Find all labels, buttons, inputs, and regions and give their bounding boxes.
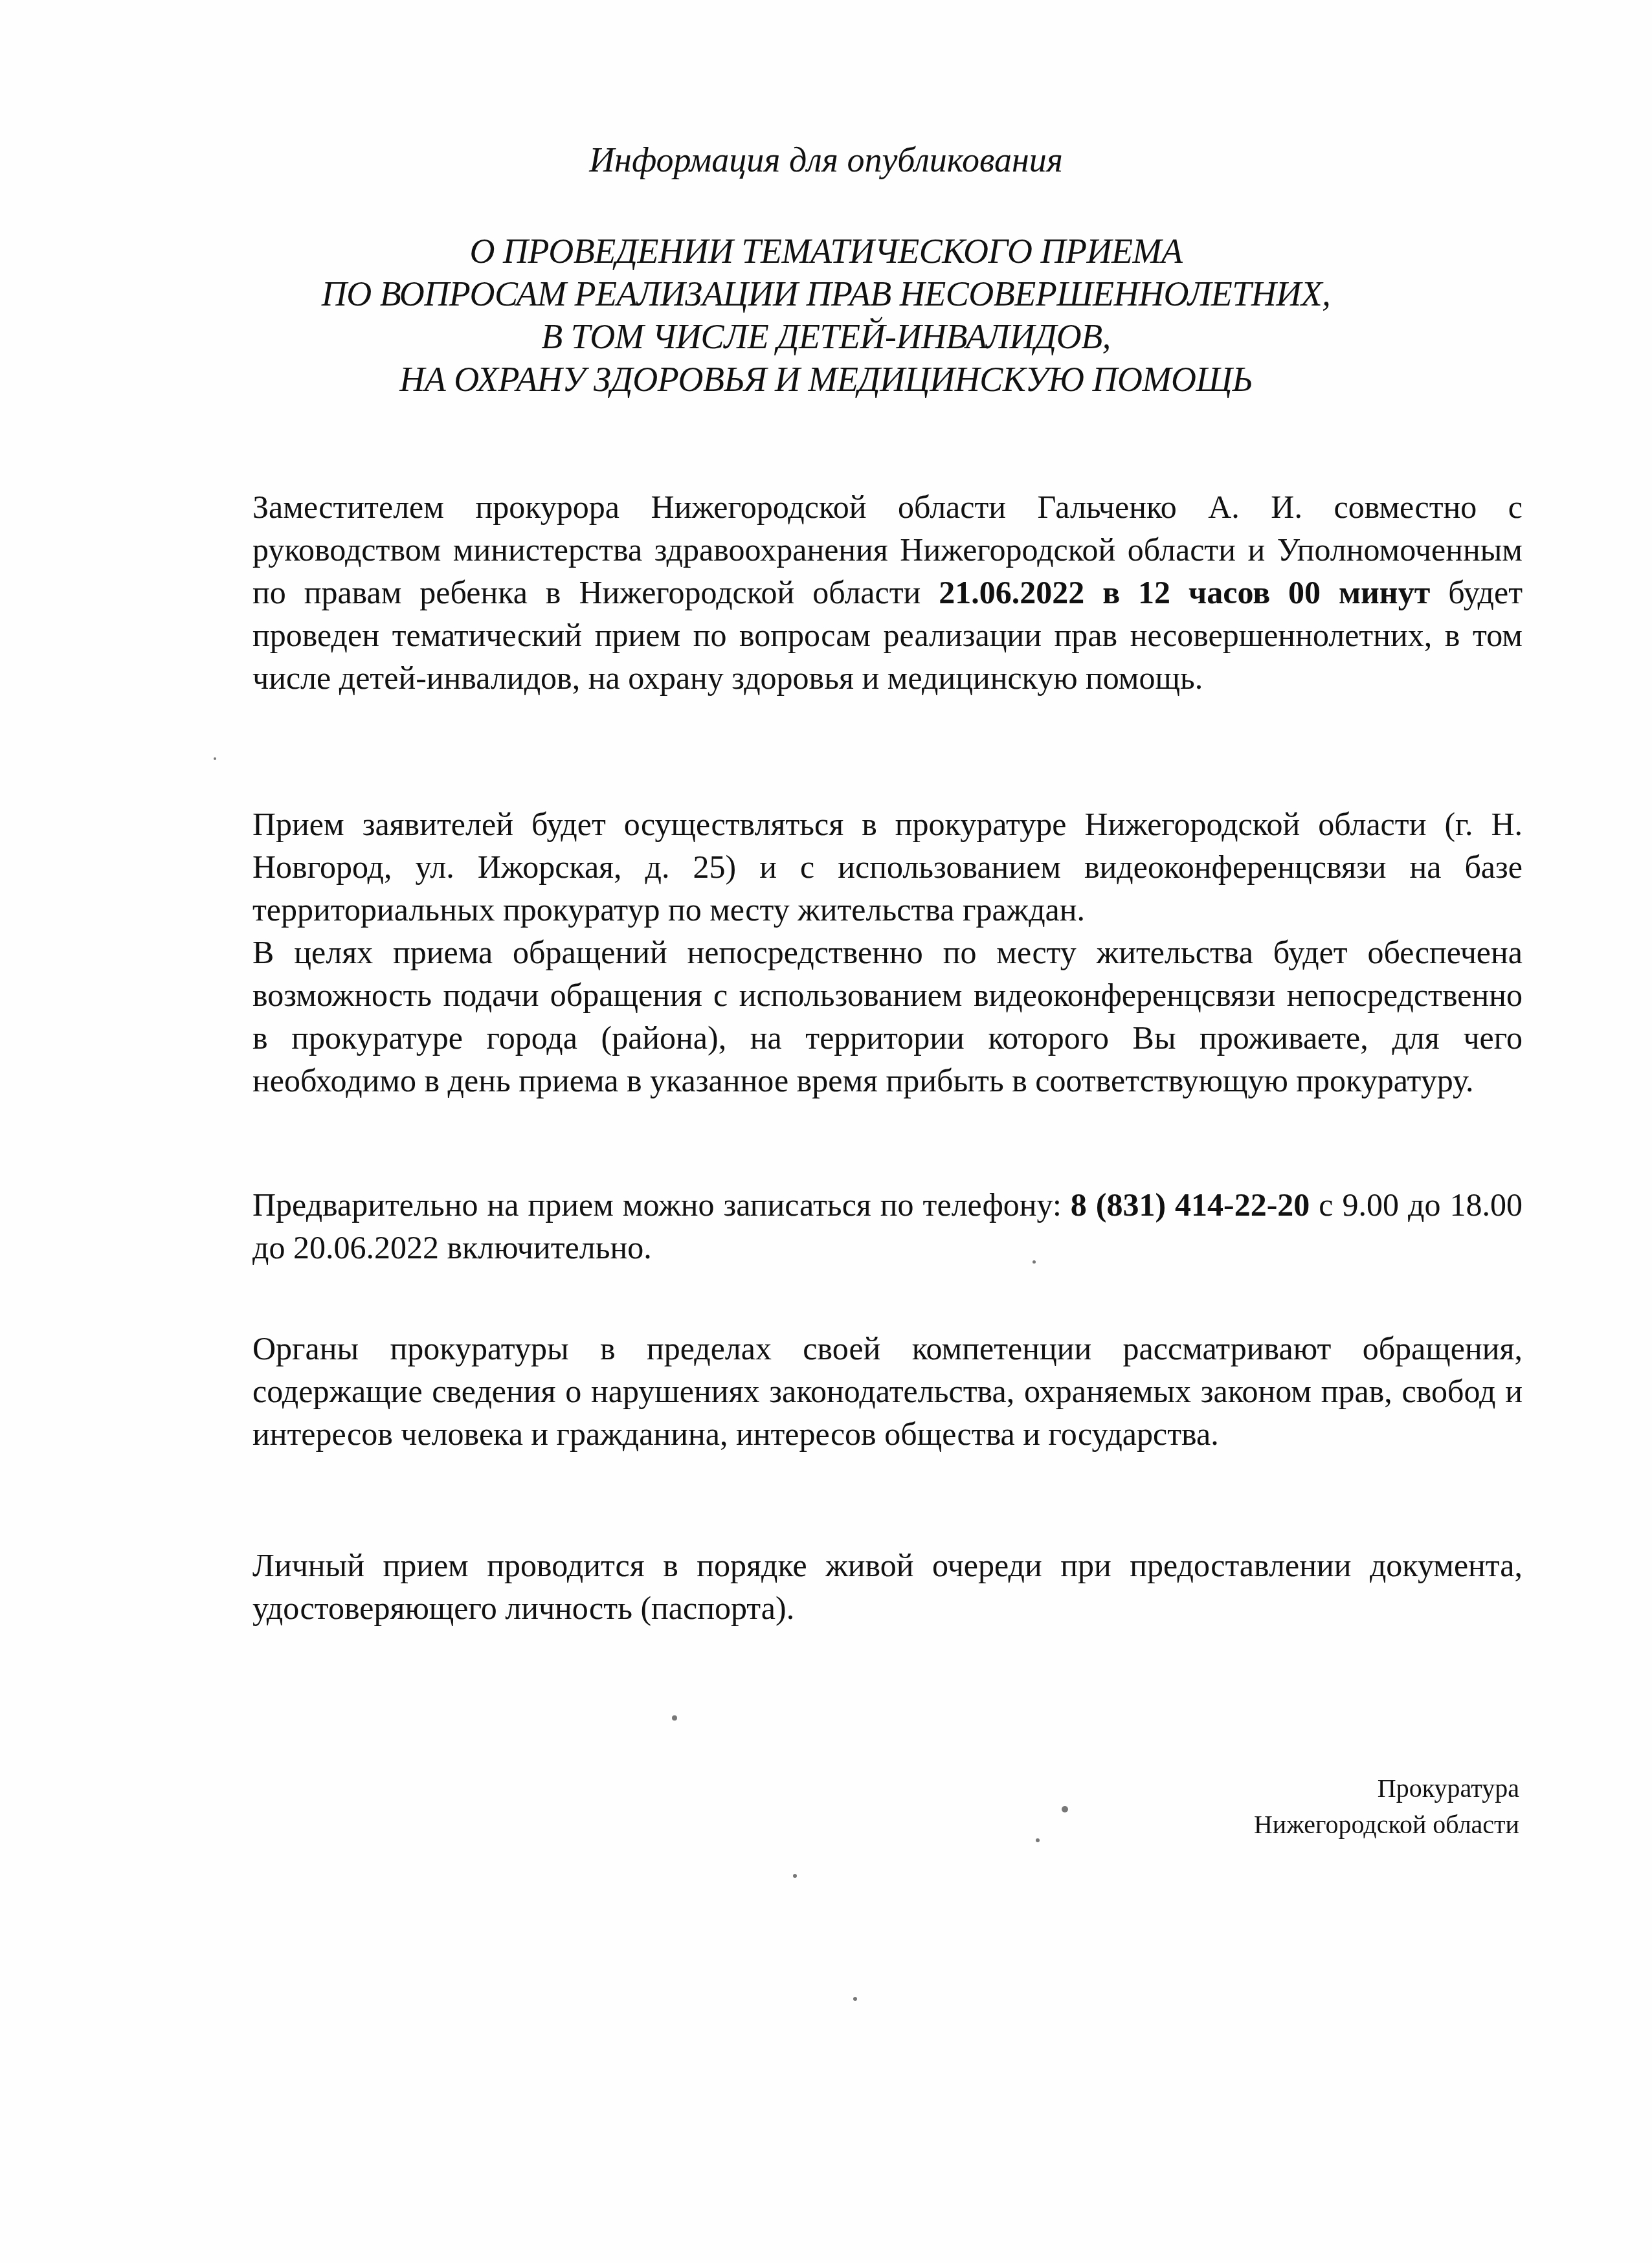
scan-speck [672, 1715, 677, 1721]
signature-block: Прокуратура Нижегородской области [1254, 1770, 1519, 1843]
scan-speck [1062, 1806, 1068, 1812]
location-text: Прием заявителей будет осуществляться в … [252, 803, 1523, 931]
signature-line-2: Нижегородской области [1254, 1807, 1519, 1843]
title-line-2: ПО ВОПРОСАМ РЕАЛИЗАЦИИ ПРАВ НЕСОВЕРШЕННО… [0, 273, 1652, 315]
paragraph-registration: Предварительно на прием можно записаться… [252, 1183, 1523, 1269]
title-line-4: НА ОХРАНУ ЗДОРОВЬЯ И МЕДИЦИНСКУЮ ПОМОЩЬ [0, 358, 1652, 401]
paragraph-personal-reception: Личный прием проводится в порядке живой … [252, 1544, 1523, 1629]
title-line-3: В ТОМ ЧИСЛЕ ДЕТЕЙ-ИНВАЛИДОВ, [0, 315, 1652, 358]
paragraph-announcement: Заместителем прокурора Нижегородской обл… [252, 485, 1523, 699]
videoconference-text: В целях приема обращений непосредственно… [252, 931, 1523, 1102]
title-line-1: О ПРОВЕДЕНИИ ТЕМАТИЧЕСКОГО ПРИЕМА [0, 230, 1652, 273]
publication-note: Информация для опубликования [0, 139, 1652, 181]
scan-speck [1032, 1260, 1036, 1264]
scan-speck [1036, 1838, 1040, 1842]
document-title: О ПРОВЕДЕНИИ ТЕМАТИЧЕСКОГО ПРИЕМА ПО ВОП… [0, 230, 1652, 401]
scan-speck [214, 757, 216, 760]
phone-number: 8 (831) 414-22-20 [1071, 1187, 1310, 1223]
paragraph-competence: Органы прокуратуры в пределах своей комп… [252, 1327, 1523, 1455]
scan-speck [853, 1997, 857, 2001]
registration-text-a: Предварительно на прием можно записаться… [252, 1187, 1071, 1223]
signature-line-1: Прокуратура [1254, 1770, 1519, 1807]
event-date: 21.06.2022 [939, 574, 1084, 610]
paragraph-location: Прием заявителей будет осуществляться в … [252, 803, 1523, 1102]
scanned-document-page: Информация для опубликования О ПРОВЕДЕНИ… [0, 0, 1652, 2263]
event-time: в 12 часов 00 минут [1102, 574, 1430, 610]
announcement-space [1084, 574, 1102, 610]
scan-speck [793, 1874, 797, 1878]
